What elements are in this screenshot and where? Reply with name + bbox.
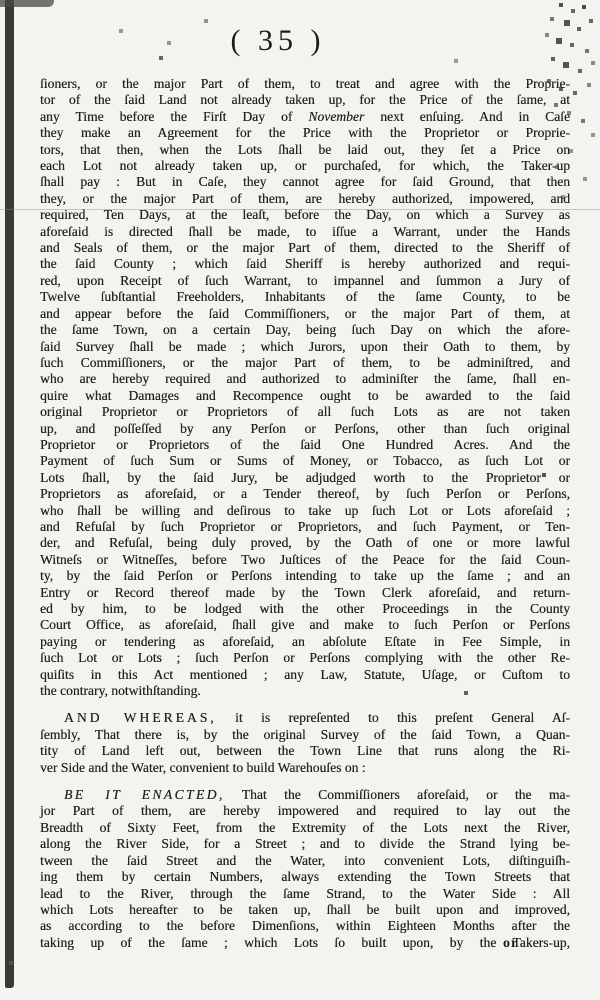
binding-gutter-bar — [5, 0, 14, 988]
text-segment: jor Part of them, are hereby impowered a… — [40, 803, 570, 818]
text-segment: lead to the River, through the ſame Stra… — [40, 886, 570, 901]
text-line: ſaid Survey ſhall be made ; which Jurors… — [40, 339, 570, 355]
text-line: Proprietor or Proprietors of the ſaid On… — [40, 437, 570, 453]
text-segment: who ſhall be willing and deſirous to tak… — [40, 503, 570, 518]
text-segment: tween the ſaid Street and the Water, int… — [40, 853, 570, 868]
text-segment: Entry or Record thereof made by the Town… — [40, 585, 570, 600]
text-line: original Proprietor or Proprietors of al… — [40, 404, 570, 420]
text-line: Court Office, as aforeſaid, ſhall give a… — [40, 617, 570, 633]
text-segment: along the River Side, for a Street ; and… — [40, 836, 570, 851]
text-line: paying or tendering as aforeſaid, an abſ… — [40, 634, 570, 650]
text-segment: tors, that then, when the Lots ſhall be … — [40, 142, 570, 157]
text-line: Witneſs or Witneſſes, before Two Juſtice… — [40, 552, 570, 568]
text-segment: Proprietor or Proprietors of the ſaid On… — [40, 437, 570, 452]
text-segment: That the Commiſſioners aforeſaid, or the… — [225, 787, 570, 802]
text-line: Proprietors as aforeſaid, or a Tender th… — [40, 486, 570, 502]
text-line: Breadth of Sixty Feet, from the Extremit… — [40, 820, 570, 836]
text-line: jor Part of them, are hereby impowered a… — [40, 803, 570, 819]
text-line: up, and poſſeſſed by any Perſon or Perſo… — [40, 421, 570, 437]
paragraph: ſioners, or the major Part of them, to t… — [40, 76, 570, 699]
text-line: required, Ten Days, at the leaſt, before… — [40, 207, 570, 223]
text-line: ver Side and the Water, convenient to bu… — [40, 760, 570, 776]
text-line: and appear before the ſaid Commiſſioners… — [40, 306, 570, 322]
text-line: ſuch Commiſſioners, or the major Part of… — [40, 355, 570, 371]
text-line: red, upon Receipt of ſuch Warrant, to im… — [40, 273, 570, 289]
text-line: Payment of ſuch Sum or Sums of Money, or… — [40, 453, 570, 469]
text-segment: ty, by the ſaid Perſon or Perſons intend… — [40, 568, 570, 583]
scan-noise-speckles — [0, 0, 2, 2]
text-line: AND WHEREAS, it is repreſented to this p… — [40, 710, 570, 726]
text-segment: ver Side and the Water, convenient to bu… — [40, 760, 366, 775]
text-segment: Court Office, as aforeſaid, ſhall give a… — [40, 617, 570, 632]
corner-smudge — [0, 0, 54, 7]
text-line: who ſhall be willing and deſirous to tak… — [40, 503, 570, 519]
emphasis-text: November — [308, 109, 364, 124]
text-line: taking up of the ſame ; which Lots ſo bu… — [40, 935, 570, 951]
text-segment: it is repreſented to this preſent Genera… — [217, 710, 570, 725]
text-segment: the ſame Town, on a certain Day, being ſ… — [40, 322, 570, 337]
text-segment: and Refuſal by ſuch Proprietor or Propri… — [40, 519, 570, 534]
text-line: as according to the before Dimenſions, w… — [40, 918, 570, 934]
text-line: Twelve ſubſtantial Freeholders, Inhabita… — [40, 289, 570, 305]
text-segment: and appear before the ſaid Commiſſioners… — [40, 306, 570, 321]
text-line: tween the ſaid Street and the Water, int… — [40, 853, 570, 869]
text-segment: original Proprietor or Proprietors of al… — [40, 404, 570, 419]
text-line: the ſaid County ; which ſaid Sheriff is … — [40, 256, 570, 272]
text-line: der, and Refuſal, being duly proved, by … — [40, 535, 570, 551]
text-line: tity of Land left out, between the Town … — [40, 743, 570, 759]
text-segment: any Time before the Firſt Day of — [40, 109, 308, 124]
body-text-block: ſioners, or the major Part of them, to t… — [40, 76, 570, 951]
text-segment: which Lots hereafter to be taken up, ſha… — [40, 902, 570, 917]
text-line: and Refuſal by ſuch Proprietor or Propri… — [40, 519, 570, 535]
text-line: ſioners, or the major Part of them, to t… — [40, 76, 570, 92]
text-segment: ed by him, to be lodged with the other P… — [40, 601, 570, 616]
text-segment: quire what Damages and Recompence ought … — [40, 388, 570, 403]
text-line: ty, by the ſaid Perſon or Perſons intend… — [40, 568, 570, 584]
emphasis-text: BE IT ENACTED, — [64, 787, 225, 802]
text-segment: Twelve ſubſtantial Freeholders, Inhabita… — [40, 289, 570, 304]
text-segment: Lots ſhall, by the ſaid Jury, be adjudge… — [40, 470, 570, 485]
text-segment: and Seals of them, or the major Part of … — [40, 240, 570, 255]
catchword: or — [503, 936, 518, 952]
text-segment: who are hereby required and authorized t… — [40, 371, 570, 386]
text-line: aforeſaid is directed ſhall be made, to … — [40, 224, 570, 240]
text-segment: Witneſs or Witneſſes, before Two Juſtice… — [40, 552, 570, 567]
text-segment: they, or the major Part of them, are her… — [40, 191, 570, 206]
text-line: Lots ſhall, by the ſaid Jury, be adjudge… — [40, 470, 570, 486]
text-line: ſembly, That there is, by the original S… — [40, 727, 570, 743]
text-segment: as according to the before Dimenſions, w… — [40, 918, 570, 933]
text-segment: Proprietors as aforeſaid, or a Tender th… — [40, 486, 570, 501]
text-line: which Lots hereafter to be taken up, ſha… — [40, 902, 570, 918]
text-line: and Seals of them, or the major Part of … — [40, 240, 570, 256]
text-segment: up, and poſſeſſed by any Perſon or Perſo… — [40, 421, 570, 436]
text-segment: taking up of the ſame ; which Lots ſo bu… — [40, 935, 570, 950]
text-line: tors, that then, when the Lots ſhall be … — [40, 142, 570, 158]
text-segment: der, and Refuſal, being duly proved, by … — [40, 535, 570, 550]
text-segment: ſuch Commiſſioners, or the major Part of… — [40, 355, 570, 370]
text-segment: required, Ten Days, at the leaſt, before… — [40, 207, 570, 222]
text-segment: Payment of ſuch Sum or Sums of Money, or… — [40, 453, 570, 468]
text-line: ſhall pay : But in Caſe, they cannot agr… — [40, 174, 570, 190]
emphasis-text: AND WHEREAS, — [64, 710, 217, 725]
text-segment: next enſuing. And in Caſe — [364, 109, 570, 124]
text-line: quiſits in this Act mentioned ; any Law,… — [40, 667, 570, 683]
text-line: tor of the ſaid Land not already taken u… — [40, 92, 570, 108]
text-line: they, or the major Part of them, are her… — [40, 191, 570, 207]
text-segment: each Lot not already taken up, or purcha… — [40, 158, 570, 173]
text-line: lead to the River, through the ſame Stra… — [40, 886, 570, 902]
text-segment: paying or tendering as aforeſaid, an abſ… — [40, 634, 570, 649]
text-line: Entry or Record thereof made by the Town… — [40, 585, 570, 601]
text-line: quire what Damages and Recompence ought … — [40, 388, 570, 404]
text-segment: the contrary, notwithſtanding. — [40, 683, 201, 698]
page-number: ( 35 ) — [0, 24, 556, 58]
text-segment: tity of Land left out, between the Town … — [40, 743, 570, 758]
text-segment: ſembly, That there is, by the original S… — [40, 727, 570, 742]
text-segment: red, upon Receipt of ſuch Warrant, to im… — [40, 273, 570, 288]
text-line: each Lot not already taken up, or purcha… — [40, 158, 570, 174]
text-segment: ſhall pay : But in Caſe, they cannot agr… — [40, 174, 570, 189]
text-segment: tor of the ſaid Land not already taken u… — [40, 92, 570, 107]
text-segment: quiſits in this Act mentioned ; any Law,… — [40, 667, 570, 682]
text-line: who are hereby required and authorized t… — [40, 371, 570, 387]
text-line: ed by him, to be lodged with the other P… — [40, 601, 570, 617]
text-line: ſuch Lot or Lots ; ſuch Perſon or Perſon… — [40, 650, 570, 666]
text-line: ing them by certain Numbers, always exte… — [40, 869, 570, 885]
text-line: they make an Agreement for the Price wit… — [40, 125, 570, 141]
text-segment: ing them by certain Numbers, always exte… — [40, 869, 570, 884]
text-segment: aforeſaid is directed ſhall be made, to … — [40, 224, 570, 239]
scanned-page: ( 35 ) ſioners, or the major Part of the… — [0, 0, 600, 1000]
text-segment: they make an Agreement for the Price wit… — [40, 125, 570, 140]
text-line: any Time before the Firſt Day of Novembe… — [40, 109, 570, 125]
text-segment: ſioners, or the major Part of them, to t… — [40, 76, 570, 91]
text-segment: Breadth of Sixty Feet, from the Extremit… — [40, 820, 570, 835]
text-line: the ſame Town, on a certain Day, being ſ… — [40, 322, 570, 338]
text-line: BE IT ENACTED, That the Commiſſioners af… — [40, 787, 570, 803]
text-line: along the River Side, for a Street ; and… — [40, 836, 570, 852]
text-segment: the ſaid County ; which ſaid Sheriff is … — [40, 256, 570, 271]
text-segment: ſuch Lot or Lots ; ſuch Perſon or Perſon… — [40, 650, 570, 665]
paragraph: BE IT ENACTED, That the Commiſſioners af… — [40, 787, 570, 951]
text-segment: ſaid Survey ſhall be made ; which Jurors… — [40, 339, 570, 354]
paragraph: AND WHEREAS, it is repreſented to this p… — [40, 710, 570, 776]
text-line: the contrary, notwithſtanding. — [40, 683, 570, 699]
